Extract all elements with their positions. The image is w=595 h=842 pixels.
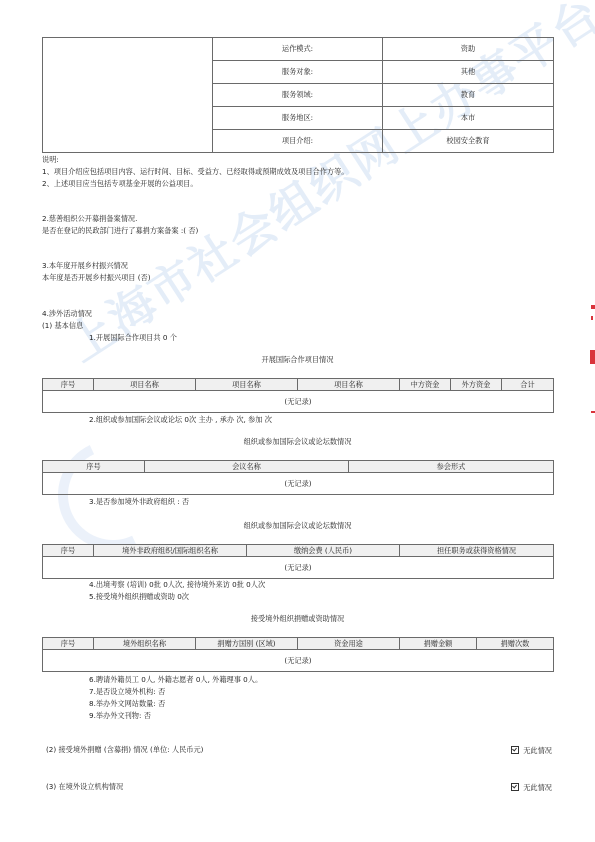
project-info-table: 运作模式: 资助 服务对象: 其他 服务领域: 教育 服务地区: 本市 项目介绍… bbox=[42, 37, 554, 153]
item-6: 6.聘请外籍员工 0人, 外籍志愿者 0人, 外籍理事 0人。 bbox=[89, 676, 262, 683]
side-mark bbox=[591, 316, 593, 320]
item-7: 7.是否设立境外机构: 否 bbox=[89, 688, 165, 695]
col-header: 缴纳会费 (人民币) bbox=[247, 545, 400, 557]
intl-projects-table: 序号 项目名称 项目名称 项目名称 中方资金 外方资金 合计 (无记录) bbox=[42, 378, 554, 413]
item-5: 5.接受境外组织捐赠或资助 0次 bbox=[89, 593, 189, 600]
section-2-line: 是否在登记的民政部门进行了募捐方案备案 :( 否) bbox=[42, 227, 198, 234]
col-header: 项目名称 bbox=[196, 379, 298, 391]
item-4: 4.出境考察 (培训) 0批 0人次, 接待境外来访 0批 0人次 bbox=[89, 581, 265, 588]
notes-title: 说明: bbox=[42, 156, 59, 163]
no-such-case-checkbox[interactable]: 无此情况 bbox=[511, 746, 552, 754]
empty-record: (无记录) bbox=[43, 391, 554, 413]
item-9: 9.举办外文刊物: 否 bbox=[89, 712, 151, 719]
section-4-sub1: (1) 基本信息 bbox=[42, 322, 83, 329]
section-4-sub2: (2) 接受境外捐赠 (含募捐) 情况 (单位: 人民币元) bbox=[46, 746, 203, 753]
item-8: 8.举办外文网站数量: 否 bbox=[89, 700, 165, 707]
col-header: 捐赠金额 bbox=[400, 638, 477, 650]
empty-record: (无记录) bbox=[43, 650, 554, 672]
info-value: 资助 bbox=[383, 38, 554, 61]
empty-record: (无记录) bbox=[43, 473, 554, 495]
col-header: 合计 bbox=[502, 379, 554, 391]
side-mark bbox=[591, 411, 595, 413]
foreign-donations-table: 序号 境外组织名称 捐赠方国别 (区域) 资金用途 捐赠金额 捐赠次数 (无记录… bbox=[42, 637, 554, 672]
col-header: 资金用途 bbox=[298, 638, 400, 650]
col-header: 序号 bbox=[43, 545, 94, 557]
table-4-caption: 接受境外组织捐赠或资助情况 bbox=[0, 615, 595, 622]
section-4-sub3: (3) 在境外设立机构情况 bbox=[46, 783, 123, 790]
table-2-caption: 组织或参加国际会议或论坛数情况 bbox=[0, 438, 595, 445]
col-header: 捐赠方国别 (区域) bbox=[196, 638, 298, 650]
note-item: 2、上述项目应当包括专项基金开展的公益项目。 bbox=[42, 180, 198, 187]
col-header: 序号 bbox=[43, 638, 94, 650]
section-2-title: 2.慈善组织公开募捐备案情况. bbox=[42, 215, 137, 222]
col-header: 外方资金 bbox=[451, 379, 502, 391]
checkbox-checked-icon[interactable] bbox=[511, 783, 519, 791]
info-label: 服务对象: bbox=[213, 61, 383, 84]
info-value: 本市 bbox=[383, 107, 554, 130]
side-mark bbox=[591, 305, 595, 309]
col-header: 中方资金 bbox=[400, 379, 451, 391]
info-label: 服务地区: bbox=[213, 107, 383, 130]
checkbox-checked-icon[interactable] bbox=[511, 746, 519, 754]
item-3: 3.是否参加境外非政府组织 : 否 bbox=[89, 498, 189, 505]
table-3-caption: 组织或参加国际会议或论坛数情况 bbox=[0, 522, 595, 529]
intl-meetings-table: 序号 会议名称 参会形式 (无记录) bbox=[42, 460, 554, 495]
info-label: 项目介绍: bbox=[213, 130, 383, 153]
col-header: 项目名称 bbox=[298, 379, 400, 391]
col-header: 序号 bbox=[43, 379, 94, 391]
col-header: 会议名称 bbox=[145, 461, 349, 473]
col-header: 捐赠次数 bbox=[477, 638, 554, 650]
section-4-title: 4.涉外活动情况 bbox=[42, 310, 92, 317]
section-3-line: 本年度是否开展乡村振兴项目 (否) bbox=[42, 274, 151, 281]
item-2: 2.组织或参加国际会议或论坛 0次 主办 , 承办 次, 参加 次 bbox=[89, 416, 272, 423]
col-header: 境外组织名称 bbox=[94, 638, 196, 650]
info-value: 校园安全教育 bbox=[383, 130, 554, 153]
blank-cell bbox=[43, 38, 213, 153]
col-header: 担任职务或获得资格情况 bbox=[400, 545, 554, 557]
col-header: 参会形式 bbox=[349, 461, 554, 473]
no-such-case-label: 无此情况 bbox=[523, 783, 552, 792]
no-such-case-checkbox[interactable]: 无此情况 bbox=[511, 783, 552, 791]
ngo-membership-table: 序号 境外非政府组织/国际组织名称 缴纳会费 (人民币) 担任职务或获得资格情况… bbox=[42, 544, 554, 579]
item-1: 1.开展国际合作项目共 0 个 bbox=[89, 334, 177, 341]
section-3-title: 3.本年度开展乡村振兴情况 bbox=[42, 262, 128, 269]
info-value: 教育 bbox=[383, 84, 554, 107]
no-such-case-label: 无此情况 bbox=[523, 746, 552, 755]
empty-record: (无记录) bbox=[43, 557, 554, 579]
info-value: 其他 bbox=[383, 61, 554, 84]
note-item: 1、项目介绍应包括项目内容、运行时间、目标、受益方、已经取得或预期成效及项目合作… bbox=[42, 168, 348, 175]
col-header: 境外非政府组织/国际组织名称 bbox=[94, 545, 247, 557]
col-header: 项目名称 bbox=[94, 379, 196, 391]
info-label: 服务领域: bbox=[213, 84, 383, 107]
info-label: 运作模式: bbox=[213, 38, 383, 61]
col-header: 序号 bbox=[43, 461, 145, 473]
table-1-caption: 开展国际合作项目情况 bbox=[0, 356, 595, 363]
